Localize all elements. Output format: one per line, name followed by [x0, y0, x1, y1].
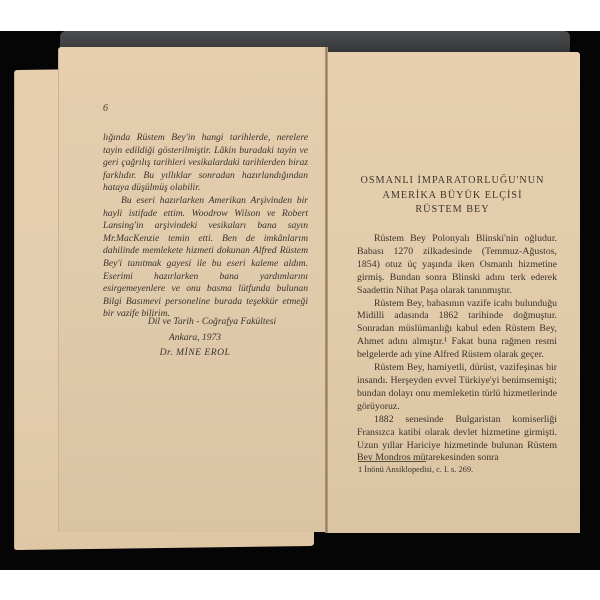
title-line: RÜSTEM BEY [345, 203, 560, 218]
signature-place-date: Ankara, 1973 [120, 332, 270, 345]
left-paragraph: Bu eseri hazırlarken Amerikan Arşivinden… [103, 195, 308, 321]
footnote: 1 İnönü Ansiklopedisi, c. I. s. 269. [358, 465, 558, 474]
right-paragraph: Rüstem Bey, babasının vazife icabı bulun… [357, 298, 557, 363]
signature-institution: Dil ve Tarih - Coğrafya Fakültesi [122, 316, 302, 329]
right-paragraph: Rüstem Bey, hamiyetli, dürüst, vazifeşin… [357, 362, 557, 414]
title-line: OSMANLI İMPARATORLUĞU'NUN [345, 174, 560, 189]
book-spine-gutter [325, 47, 328, 533]
footnote-divider [358, 461, 426, 462]
left-page-body: lığında Rüstem Bey'in hangi tarihlerde, … [103, 132, 308, 321]
page-number: 6 [103, 103, 108, 114]
right-paragraph: 1882 senesinde Bulgaristan komiserliği F… [357, 414, 557, 466]
left-paragraph: lığında Rüstem Bey'in hangi tarihlerde, … [103, 132, 308, 195]
right-paragraph: Rüstem Bey Polonyalı Blinski'nin oğludur… [357, 233, 557, 298]
chapter-title: OSMANLI İMPARATORLUĞU'NUN AMERİKA BÜYÜK … [345, 174, 560, 218]
right-page-body: Rüstem Bey Polonyalı Blinski'nin oğludur… [357, 233, 557, 465]
signature-author: Dr. MİNE EROL [120, 347, 270, 360]
title-line: AMERİKA BÜYÜK ELÇİSİ [345, 189, 560, 204]
